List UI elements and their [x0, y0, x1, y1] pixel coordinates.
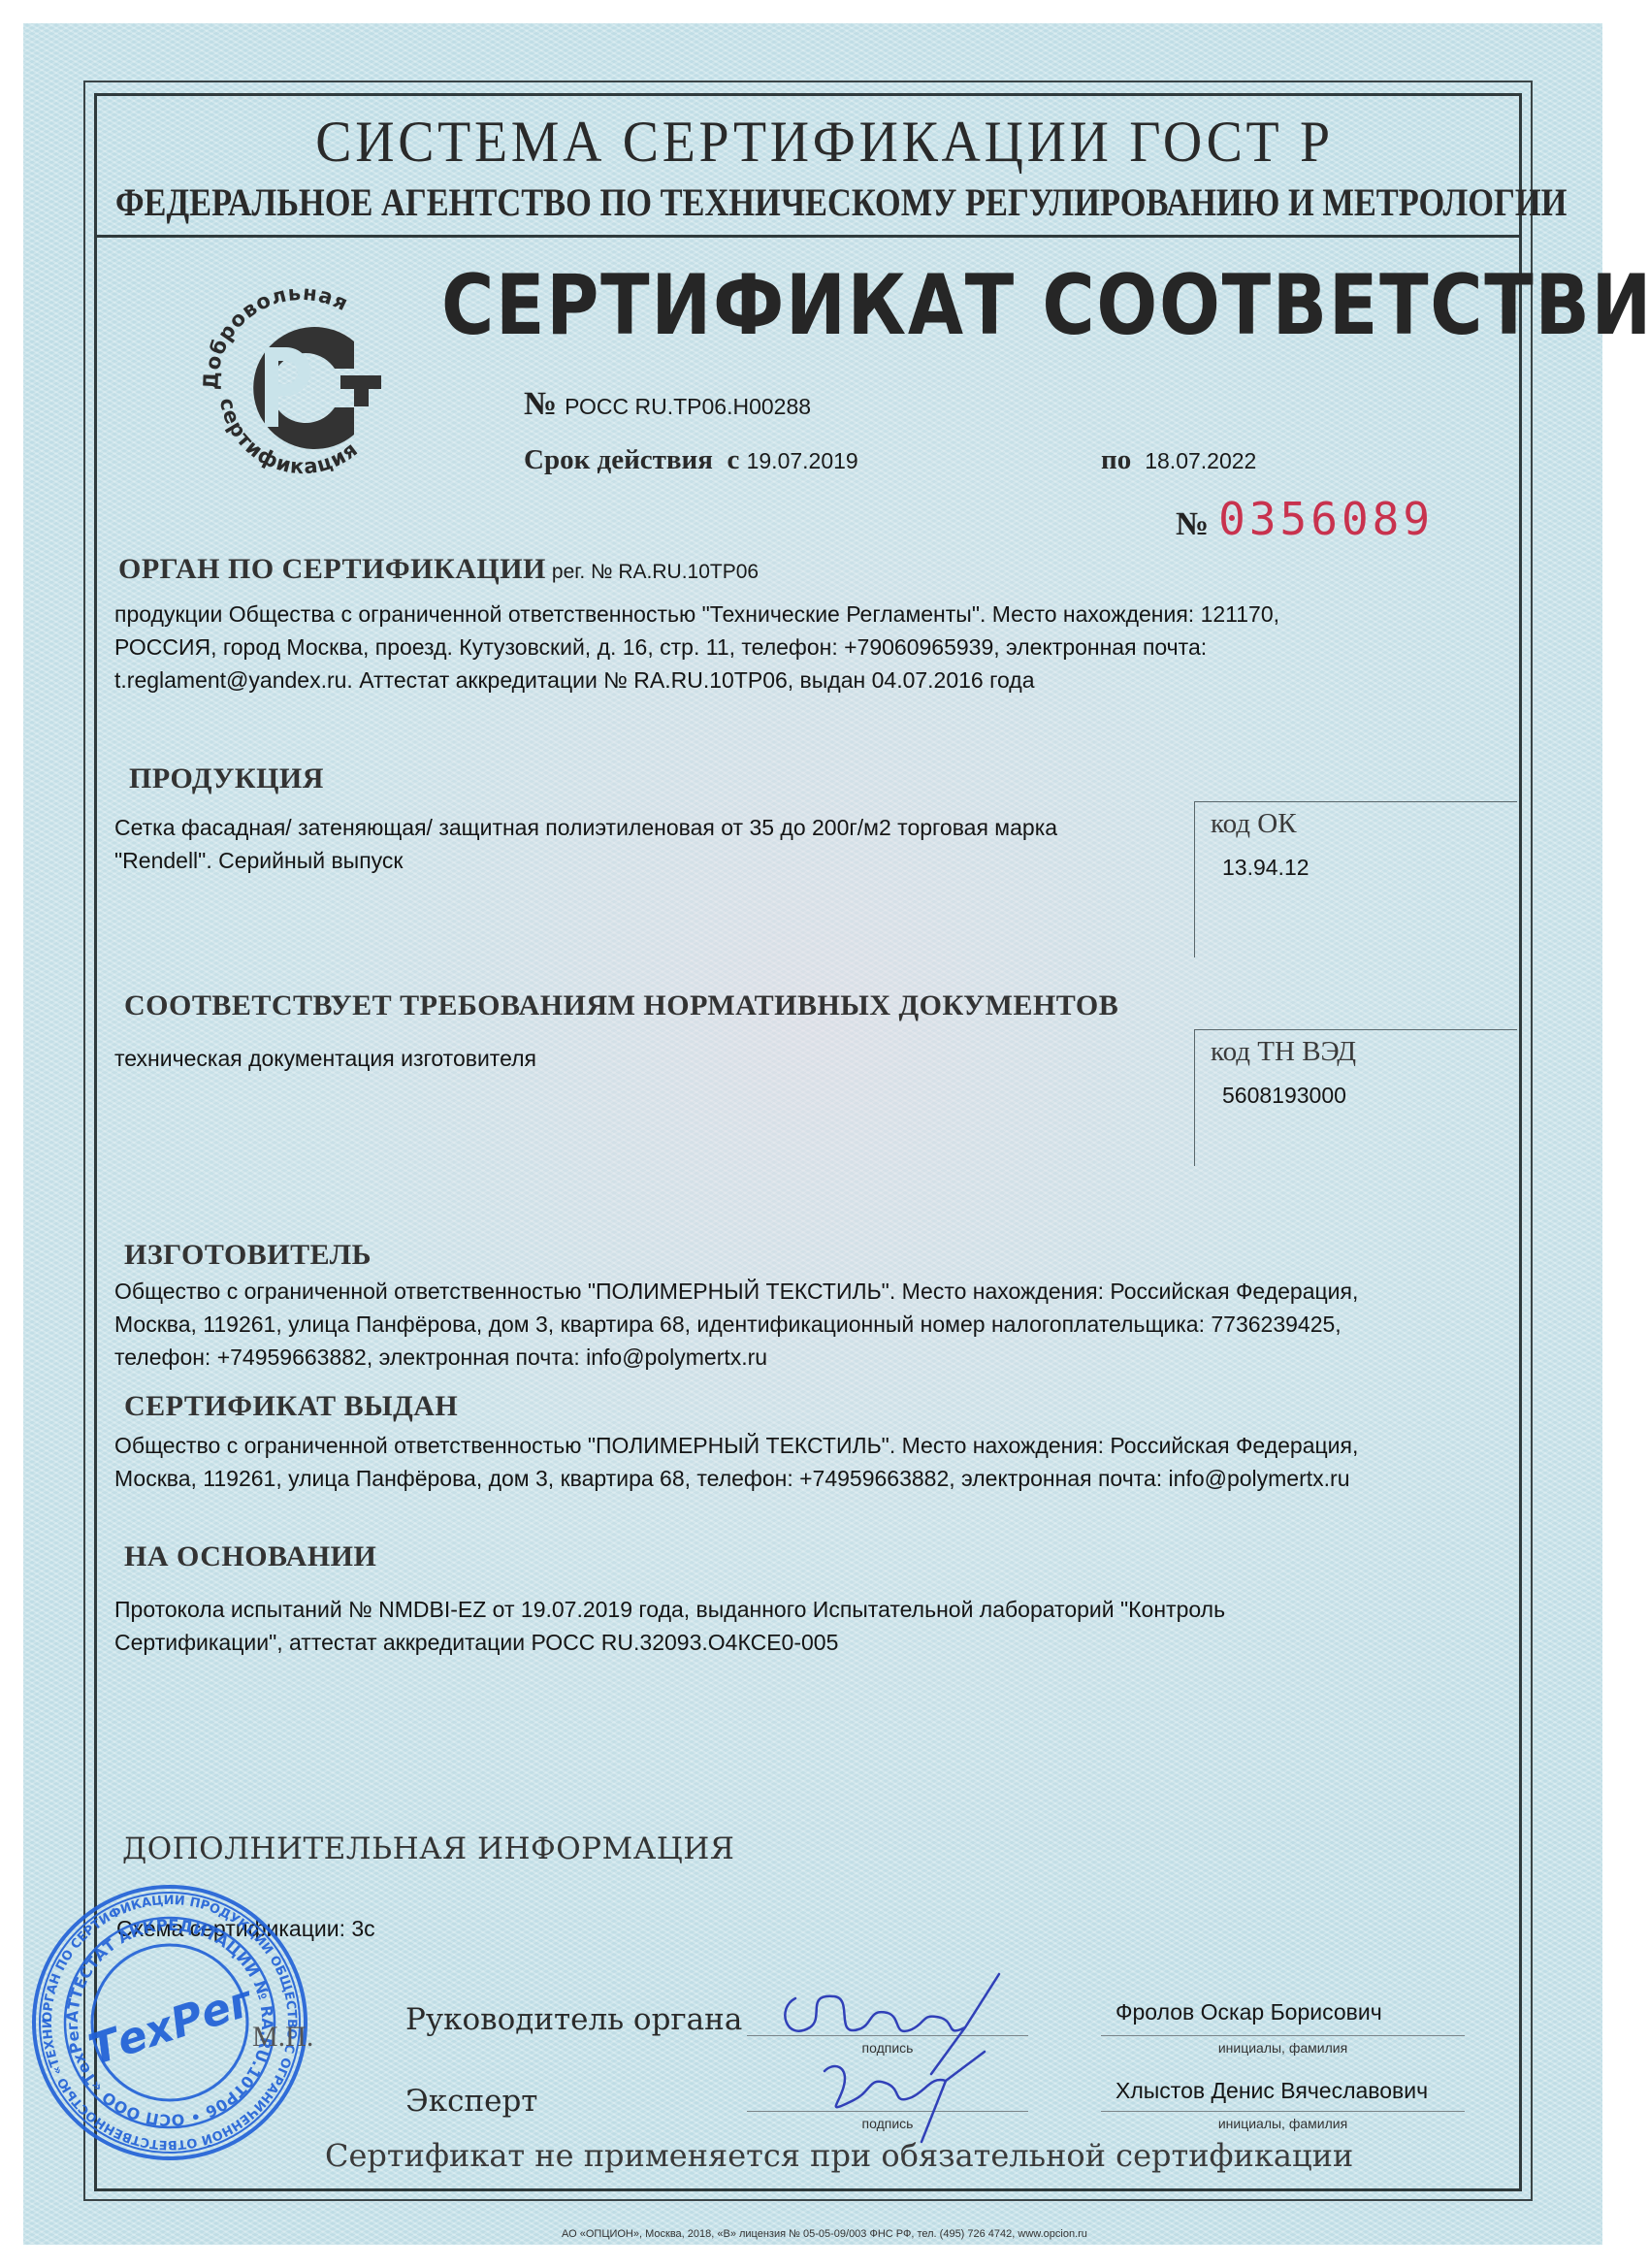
expert-name-line: [1101, 2111, 1465, 2112]
number-sign: №: [524, 386, 557, 422]
text-line: Общество с ограниченной ответственностью…: [114, 1275, 1511, 1308]
okpd-code-box: код ОК 13.94.12: [1194, 801, 1517, 957]
text-line: Сетка фасадная/ затеняющая/ защитная пол…: [114, 811, 1181, 844]
printer-imprint: АО «ОПЦИОН», Москва, 2018, «В» лицензия …: [0, 2228, 1649, 2240]
validity-to-label: по: [1101, 444, 1131, 475]
blank-number-sign: №: [1176, 506, 1209, 542]
tnved-code-label: код ТН ВЭД: [1211, 1036, 1356, 1068]
certification-body-text: продукции Общества с ограниченной ответс…: [114, 598, 1502, 697]
head-name-caption: инициалы, фамилия: [1101, 2040, 1465, 2056]
issued-to-heading: СЕРТИФИКАТ ВЫДАН: [124, 1390, 458, 1423]
system-title: СИСТЕМА СЕРТИФИКАЦИИ ГОСТ Р: [58, 109, 1592, 176]
tnved-code-box: код ТН ВЭД 5608193000: [1194, 1029, 1517, 1166]
text-line: Москва, 119261, улица Панфёрова, дом 3, …: [114, 1308, 1511, 1341]
validity-label: Срок действия: [524, 444, 713, 475]
head-name-line: [1101, 2035, 1465, 2036]
validity-from-value: 19.07.2019: [747, 448, 858, 473]
validity-from: Срок действия с 19.07.2019: [524, 444, 858, 476]
blank-number: №0356089: [1176, 493, 1434, 545]
text-line: Общество с ограниченной ответственностью…: [114, 1429, 1511, 1462]
conformity-heading: СООТВЕТСТВУЕТ ТРЕБОВАНИЯМ НОРМАТИВНЫХ ДО…: [124, 989, 1118, 1022]
footer-note: Сертификат не применяется при обязательн…: [325, 2137, 1353, 2174]
validity-to: по18.07.2022: [1101, 444, 1256, 476]
certificate-title: СЕРТИФИКАТ СООТВЕТСТВИЯ: [441, 257, 1649, 354]
manufacturer-heading: ИЗГОТОВИТЕЛЬ: [124, 1239, 372, 1272]
text-line: РОССИЯ, город Москва, проезд. Кутузовски…: [114, 631, 1502, 664]
basis-heading: НА ОСНОВАНИИ: [124, 1540, 376, 1573]
product-heading: ПРОДУКЦИЯ: [129, 762, 324, 795]
additional-info-heading: ДОПОЛНИТЕЛЬНАЯ ИНФОРМАЦИЯ: [122, 1831, 734, 1866]
header-divider: [94, 235, 1519, 238]
text-line: "Rendell". Серийный выпуск: [114, 844, 1181, 877]
conformity-text: техническая документация изготовителя: [114, 1042, 536, 1075]
manufacturer-text: Общество с ограниченной ответственностью…: [114, 1275, 1511, 1374]
expert-signature-icon: [805, 2047, 1018, 2149]
certification-body-heading-row: ОРГАН ПО СЕРТИФИКАЦИИрег. № RA.RU.10ТР06: [118, 553, 759, 586]
validity-to-value: 18.07.2022: [1145, 448, 1256, 473]
issued-to-text: Общество с ограниченной ответственностью…: [114, 1429, 1511, 1495]
expert-label: Эксперт: [405, 2084, 537, 2119]
okpd-code-label: код ОК: [1211, 808, 1297, 840]
text-line: Москва, 119261, улица Панфёрова, дом 3, …: [114, 1462, 1511, 1495]
text-line: Сертификации", аттестат аккредитации РОС…: [114, 1626, 1511, 1659]
expert-name-caption: инициалы, фамилия: [1101, 2116, 1465, 2131]
head-name: Фролов Оскар Борисович: [1115, 1999, 1382, 2025]
rst-logo-icon: Добровольная сертификация: [189, 272, 412, 495]
okpd-code-value: 13.94.12: [1222, 855, 1309, 881]
certification-body-heading: ОРГАН ПО СЕРТИФИКАЦИИ: [118, 553, 546, 585]
basis-text: Протокола испытаний № NMDBI-EZ от 19.07.…: [114, 1593, 1511, 1659]
text-line: продукции Общества с ограниченной ответс…: [114, 598, 1502, 631]
head-label: Руководитель органа: [405, 2002, 742, 2037]
certification-body-reg: рег. № RA.RU.10ТР06: [552, 561, 759, 583]
expert-name: Хлыстов Денис Вячеславович: [1115, 2078, 1428, 2104]
text-line: телефон: +74959663882, электронная почта…: [114, 1341, 1511, 1374]
tnved-code-value: 5608193000: [1222, 1083, 1346, 1109]
product-text: Сетка фасадная/ затеняющая/ защитная пол…: [114, 811, 1181, 877]
stamp-place-label: М.П.: [252, 2021, 313, 2054]
certificate-number: №РОСС RU.ТР06.Н00288: [524, 386, 811, 423]
certificate-number-value: РОСС RU.ТР06.Н00288: [565, 394, 811, 419]
stamp-center-text: ТехРег: [83, 1976, 261, 2076]
validity-from-prefix: с: [727, 444, 739, 475]
text-line: t.reglament@yandex.ru. Аттестат аккредит…: [114, 664, 1502, 697]
blank-number-value: 0356089: [1218, 493, 1434, 545]
agency-title: ФЕДЕРАЛЬНОЕ АГЕНТСТВО ПО ТЕХНИЧЕСКОМУ РЕ…: [115, 179, 1534, 225]
text-line: Протокола испытаний № NMDBI-EZ от 19.07.…: [114, 1593, 1511, 1626]
